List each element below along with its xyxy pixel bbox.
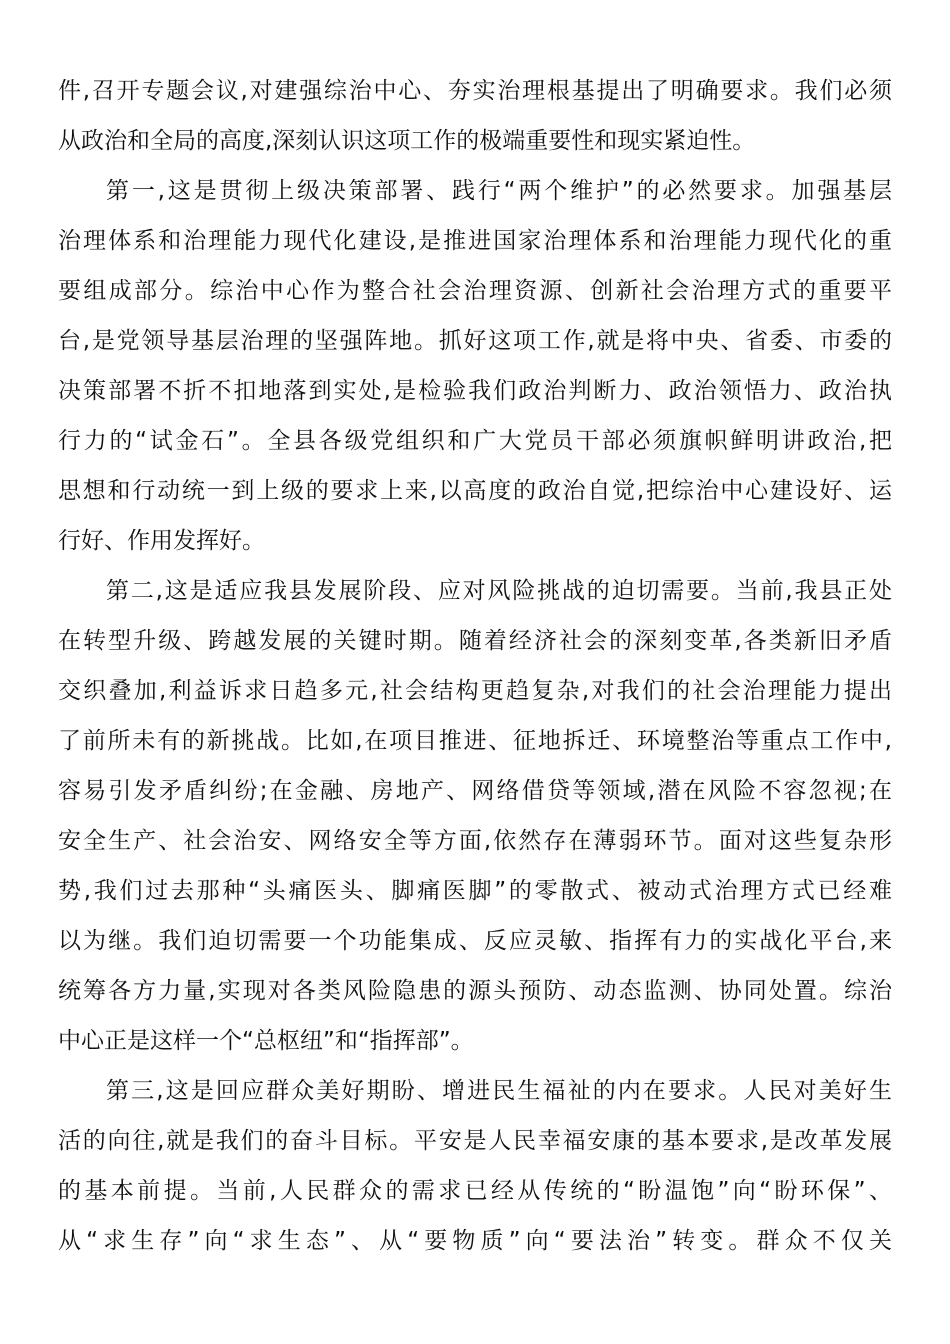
paragraph-first-line: 第三,这是回应群众美好期盼、增进民生福祉的内在要求。人民对美好生 <box>106 1071 892 1111</box>
paragraph-first-line: 第一,这是贯彻上级决策部署、践行“两个维护”的必然要求。加强基层 <box>106 171 892 211</box>
paragraph-first-line: 第二,这是适应我县发展阶段、应对风险挑战的迫切需要。当前,我县正处 <box>106 571 892 611</box>
text-line: 的基本前提。当前,人民群众的需求已经从传统的“盼温饱”向“盼环保”、 <box>58 1171 892 1211</box>
text-line: 治理体系和治理能力现代化建设,是推进国家治理体系和治理能力现代化的重 <box>58 221 892 261</box>
text-line: 台,是党领导基层治理的坚强阵地。抓好这项工作,就是将中央、省委、市委的 <box>58 321 892 361</box>
text-line: 行好、作用发挥好。 <box>58 521 892 561</box>
text-line: 势,我们过去那种“头痛医头、脚痛医脚”的零散式、被动式治理方式已经难 <box>58 871 892 911</box>
text-line: 交织叠加,利益诉求日趋多元,社会结构更趋复杂,对我们的社会治理能力提出 <box>58 671 892 711</box>
text-line: 从“求生存”向“求生态”、从“要物质”向“要法治”转变。群众不仅关 <box>58 1221 892 1261</box>
text-line: 安全生产、社会治安、网络安全等方面,依然存在薄弱环节。面对这些复杂形 <box>58 821 892 861</box>
document-page: 件,召开专题会议,对建强综治中心、夯实治理根基提出了明确要求。我们必须 从政治和… <box>0 0 950 1344</box>
text-line: 决策部署不折不扣地落到实处,是检验我们政治判断力、政治领悟力、政治执 <box>58 371 892 411</box>
text-line: 要组成部分。综治中心作为整合社会治理资源、创新社会治理方式的重要平 <box>58 271 892 311</box>
text-line: 中心正是这样一个“总枢纽”和“指挥部”。 <box>58 1021 892 1061</box>
text-line: 行力的“试金石”。全县各级党组织和广大党员干部必须旗帜鲜明讲政治,把 <box>58 421 892 461</box>
text-line: 活的向往,就是我们的奋斗目标。平安是人民幸福安康的基本要求,是改革发展 <box>58 1121 892 1161</box>
text-line: 以为继。我们迫切需要一个功能集成、反应灵敏、指挥有力的实战化平台,来 <box>58 921 892 961</box>
text-line: 从政治和全局的高度,深刻认识这项工作的极端重要性和现实紧迫性。 <box>58 121 892 161</box>
text-line: 件,召开专题会议,对建强综治中心、夯实治理根基提出了明确要求。我们必须 <box>58 71 892 111</box>
text-line: 思想和行动统一到上级的要求上来,以高度的政治自觉,把综治中心建设好、运 <box>58 471 892 511</box>
text-line: 了前所未有的新挑战。比如,在项目推进、征地拆迁、环境整治等重点工作中, <box>58 721 892 761</box>
text-line: 在转型升级、跨越发展的关键时期。随着经济社会的深刻变革,各类新旧矛盾 <box>58 621 892 661</box>
text-line: 容易引发矛盾纠纷;在金融、房地产、网络借贷等领域,潜在风险不容忽视;在 <box>58 771 892 811</box>
text-line: 统筹各方力量,实现对各类风险隐患的源头预防、动态监测、协同处置。综治 <box>58 971 892 1011</box>
